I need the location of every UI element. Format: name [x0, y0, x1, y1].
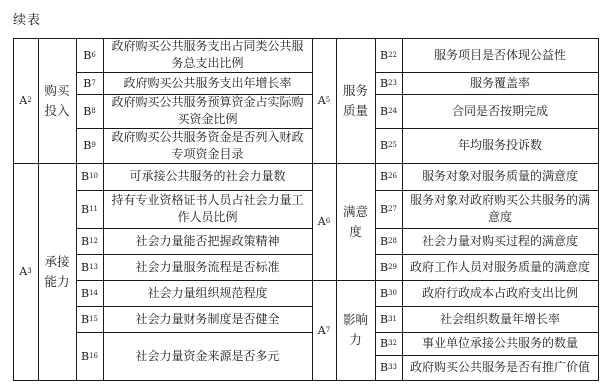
category-name-line2: 度 [349, 222, 362, 242]
category-name-line1: 服务 [343, 81, 368, 101]
indicator-description: 社会力量组织规范程度 [103, 280, 312, 306]
indicator-code-letter: B [81, 285, 89, 302]
indicator-code: B32 [375, 332, 402, 355]
category-name: 满意度 [336, 163, 375, 280]
indicator-code-letter: B [380, 75, 388, 92]
column-border [336, 38, 337, 381]
indicator-description: 服务项目是否体现公益性 [402, 38, 598, 72]
category-code-letter: A [19, 263, 27, 280]
indicator-code-subscript: 14 [89, 285, 98, 302]
row-divider [375, 355, 599, 356]
indicator-code-subscript: 28 [388, 233, 397, 250]
row-divider [375, 332, 599, 333]
row-divider [76, 190, 313, 191]
indicator-code: B33 [375, 355, 402, 380]
indicator-code-subscript: 33 [388, 359, 397, 376]
column-border [375, 38, 376, 381]
indicator-code: B26 [375, 163, 402, 190]
indicator-code: B29 [375, 254, 402, 280]
indicator-description: 政府购买公共服务预算资金占实际购买资金比例 [103, 94, 312, 128]
indicator-code-subscript: 9 [91, 137, 95, 154]
indicator-code-subscript: 25 [388, 137, 397, 154]
indicator-description: 政府购买公共服务支出年增长率 [103, 72, 312, 94]
category-name-line2: 投入 [44, 101, 69, 121]
indicator-code-subscript: 22 [388, 47, 397, 64]
column-border [76, 38, 77, 381]
indicator-description: 社会组织数量年增长率 [402, 306, 598, 332]
indicator-code: B13 [76, 254, 103, 280]
indicator-description: 社会力量资金来源是否多元 [103, 332, 312, 380]
indicator-code: B16 [76, 332, 103, 380]
indicator-code-subscript: 24 [388, 103, 397, 120]
column-border [13, 38, 14, 381]
indicator-description: 服务对象对政府购买公共服务的满意度 [402, 190, 598, 228]
category-name-line2: 力 [349, 330, 362, 350]
indicator-code-subscript: 29 [388, 259, 397, 276]
category-name-line1: 承接 [44, 252, 69, 272]
row-divider [76, 254, 313, 255]
indicator-code-letter: B [81, 168, 89, 185]
indicator-description: 政府购买公共服务支出占同类公共服务总支出比例 [103, 38, 312, 72]
category-code-letter: A [318, 322, 326, 339]
indicator-description: 可承接公共服务的社会力量数 [103, 163, 312, 190]
indicator-code-subscript: 16 [89, 348, 98, 365]
indicator-code: B8 [76, 94, 103, 128]
indicator-code-letter: B [380, 311, 388, 328]
indicator-description: 服务对象对服务质量的满意度 [402, 163, 598, 190]
indicator-code-subscript: 30 [388, 285, 397, 302]
category-code-subscript: 7 [326, 322, 330, 339]
indicator-code-letter: B [380, 335, 388, 352]
indicator-code-letter: B [83, 103, 91, 120]
indicator-code: B27 [375, 190, 402, 228]
category-name-line2: 质量 [343, 101, 368, 121]
category-code: A3 [13, 163, 38, 380]
indicator-code-letter: B [380, 233, 388, 250]
indicator-code: B6 [76, 38, 103, 72]
category-code-letter: A [19, 92, 27, 109]
indicator-code-subscript: 8 [91, 103, 95, 120]
indicator-description: 持有专业资格证书人员占社会力量工作人员比例 [103, 190, 312, 228]
row-divider [76, 128, 313, 129]
indicator-code-letter: B [83, 75, 91, 92]
category-code: A2 [13, 38, 38, 163]
indicator-code-subscript: 23 [388, 75, 397, 92]
category-name-line1: 满意 [343, 202, 368, 222]
indicator-description: 政府购买公共服务是否有推广价值 [402, 355, 598, 380]
indicator-description: 政府工作人员对服务质量的满意度 [402, 254, 598, 280]
row-divider [375, 94, 599, 95]
indicator-description: 政府购买公共服务资金是否列入财政专项资金目录 [103, 128, 312, 163]
category-name: 承接能力 [38, 163, 76, 380]
category-code-subscript: 6 [326, 213, 330, 230]
column-border [402, 38, 403, 381]
indicator-description: 社会力量对购买过程的满意度 [402, 228, 598, 254]
indicator-description: 社会力量服务流程是否标准 [103, 254, 312, 280]
indicator-code-letter: B [380, 259, 388, 276]
column-border [103, 38, 104, 381]
indicator-description: 服务覆盖率 [402, 72, 598, 94]
indicator-code-letter: B [81, 311, 89, 328]
indicator-code-letter: B [380, 285, 388, 302]
indicator-code: B25 [375, 128, 402, 163]
category-code-subscript: 2 [27, 92, 31, 109]
row-divider [76, 94, 313, 95]
indicator-description: 合同是否按期完成 [402, 94, 598, 128]
indicator-code-letter: B [81, 259, 89, 276]
indicator-code-subscript: 15 [89, 311, 98, 328]
indicator-code: B15 [76, 306, 103, 332]
indicator-code-letter: B [83, 47, 91, 64]
column-border [38, 38, 39, 381]
row-divider [375, 306, 599, 307]
row-divider [76, 72, 313, 73]
row-divider [375, 254, 599, 255]
row-divider [375, 128, 599, 129]
group-divider [312, 280, 599, 281]
category-name: 服务质量 [336, 38, 375, 163]
indicator-code-subscript: 12 [89, 233, 98, 250]
row-divider [76, 280, 313, 281]
indicator-code: B24 [375, 94, 402, 128]
indicator-description: 社会力量财务制度是否健全 [103, 306, 312, 332]
group-divider [312, 163, 599, 164]
indicator-code: B14 [76, 280, 103, 306]
table-top-border [13, 38, 599, 39]
table-bottom-border [13, 380, 599, 381]
category-name: 购买投入 [38, 38, 76, 163]
indicator-code-subscript: 10 [89, 168, 98, 185]
indicator-description: 年均服务投诉数 [402, 128, 598, 163]
row-divider [375, 72, 599, 73]
category-code-letter: A [318, 213, 326, 230]
column-border [598, 38, 599, 381]
indicator-code: B28 [375, 228, 402, 254]
category-code-subscript: 5 [326, 92, 330, 109]
category-code-letter: A [318, 92, 326, 109]
indicator-description: 社会力量能否把握政策精神 [103, 228, 312, 254]
indicator-code-letter: B [380, 103, 388, 120]
indicator-code-letter: B [81, 233, 89, 250]
indicator-code-letter: B [380, 359, 388, 376]
indicator-code: B7 [76, 72, 103, 94]
row-divider [76, 332, 313, 333]
row-divider [375, 228, 599, 229]
indicator-code-letter: B [380, 137, 388, 154]
indicator-code: B9 [76, 128, 103, 163]
category-code-subscript: 3 [27, 263, 31, 280]
indicator-code-subscript: 26 [388, 168, 397, 185]
indicator-code: B23 [375, 72, 402, 94]
category-code: A7 [312, 280, 336, 380]
indicator-code-letter: B [81, 348, 89, 365]
indicator-code-letter: B [81, 201, 89, 218]
category-name-line2: 能力 [44, 272, 69, 292]
indicator-code-subscript: 32 [388, 335, 397, 352]
indicator-code-subscript: 31 [388, 311, 397, 328]
indicator-code-letter: B [380, 47, 388, 64]
row-divider [375, 190, 599, 191]
indicator-code-subscript: 27 [388, 201, 397, 218]
category-name-line1: 购买 [44, 81, 69, 101]
category-code: A5 [312, 38, 336, 163]
indicator-code: B12 [76, 228, 103, 254]
row-divider [76, 228, 313, 229]
category-name: 影响力 [336, 280, 375, 380]
indicator-code-letter: B [380, 168, 388, 185]
indicator-code-subscript: 7 [91, 75, 95, 92]
category-code: A6 [312, 163, 336, 280]
indicator-code: B10 [76, 163, 103, 190]
group-divider [13, 163, 313, 164]
indicator-code-subscript: 11 [89, 201, 98, 218]
table-caption: 续表 [13, 9, 41, 28]
indicator-code: B11 [76, 190, 103, 228]
indicator-code-subscript: 13 [89, 259, 98, 276]
indicator-code-letter: B [380, 201, 388, 218]
row-divider [76, 306, 313, 307]
indicator-code: B31 [375, 306, 402, 332]
category-name-line1: 影响 [343, 310, 368, 330]
indicator-code-letter: B [83, 137, 91, 154]
indicator-description: 事业单位承接公共服务的数量 [402, 332, 598, 355]
indicator-code: B30 [375, 280, 402, 306]
indicator-code-subscript: 6 [91, 47, 95, 64]
indicator-code: B22 [375, 38, 402, 72]
indicator-description: 政府行政成本占政府支出比例 [402, 280, 598, 306]
column-border [312, 38, 313, 381]
